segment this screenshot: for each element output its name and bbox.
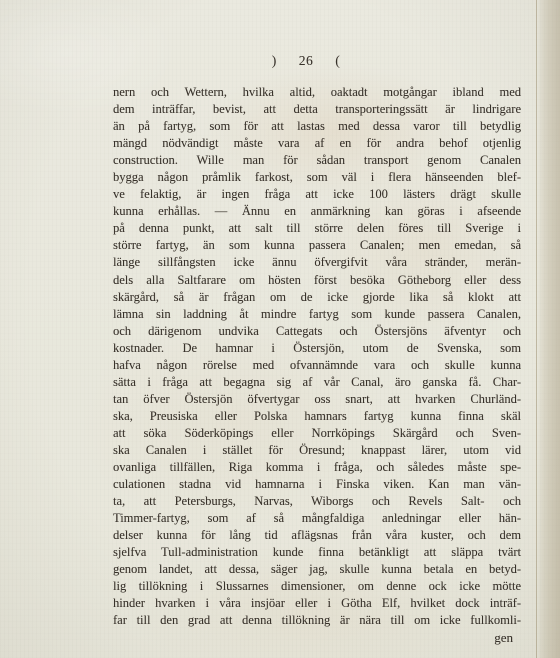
text-line: på denna punkt, att salt till större del… bbox=[113, 220, 521, 237]
text-line: nern och Wettern, hvilka altid, oaktadt … bbox=[113, 84, 521, 101]
text-line: lämna sin laddning åt mindre fartyg som … bbox=[113, 306, 521, 323]
text-line: Timmer-fartyg, som af så mångfaldiga anl… bbox=[113, 510, 521, 527]
text-line: construction. Wille man för sådan transp… bbox=[113, 152, 521, 169]
text-line: att söka Söderköpings eller Norrköpings … bbox=[113, 425, 521, 442]
text-line: mängd nödvändigt måste vara af en för an… bbox=[113, 135, 521, 152]
text-line: tan öfver Östersjön öfvertygar oss snart… bbox=[113, 391, 521, 408]
page-header: ) 26 ( bbox=[102, 52, 510, 70]
text-line: hafva någon rörelse med ofvannämnde vara… bbox=[113, 357, 521, 374]
text-line: delser kunna för lång tid aflägsnas från… bbox=[113, 527, 521, 544]
page-number: 26 bbox=[299, 52, 314, 70]
text-line: ska, Preusiska eller Polska hamnars fart… bbox=[113, 408, 521, 425]
book-page: ) 26 ( nern och Wettern, hvilka altid, o… bbox=[0, 0, 560, 658]
text-line: hinder hvarken i våra insjöar eller i Gö… bbox=[113, 595, 521, 612]
text-line: sätta i fråga att begagna sig af vår Can… bbox=[113, 374, 521, 391]
text-line: ovanliga tillfällen, Riga komma i fråga,… bbox=[113, 459, 521, 476]
text-line: ve felaktig, är ingen fråga att icke 100… bbox=[113, 186, 521, 203]
text-line: och därigenom undvika Cattegats och Öste… bbox=[113, 323, 521, 340]
catchword: gen bbox=[113, 629, 513, 646]
text-line: kunna erhållas. — Ännu en anmärkning kan… bbox=[113, 203, 521, 220]
text-line: far till den grad att denna tillökning ä… bbox=[113, 612, 521, 629]
text-line: större fartyg, än som kunna passera Cana… bbox=[113, 237, 521, 254]
text-line: dels alla Saltfarare om hösten först bes… bbox=[113, 272, 521, 289]
text-line: än på fartyg, som för att lastas med des… bbox=[113, 118, 521, 135]
text-line: dem inträffar, bevist, att detta transpo… bbox=[113, 101, 521, 118]
body-text: nern och Wettern, hvilka altid, oaktadt … bbox=[113, 84, 521, 630]
text-line: ta, att Petersburgs, Narvas, Wiborgs och… bbox=[113, 493, 521, 510]
text-line: sjelfva Tull-administration kunde finna … bbox=[113, 544, 521, 561]
text-line: genom landet, att dessa, säger jag, skul… bbox=[113, 561, 521, 578]
text-line: culationen stadna vid hamnarna i Finska … bbox=[113, 476, 521, 493]
header-bracket-right: ( bbox=[335, 52, 340, 70]
text-line: lig tillökning i Slussarnes dimensioner,… bbox=[113, 578, 521, 595]
text-line: ska Canalen i stället för Öresund; knapp… bbox=[113, 442, 521, 459]
text-line: skärgård, så är frågan om de icke gjorde… bbox=[113, 289, 521, 306]
text-line: bygga någon pråmlik farkost, som väl i f… bbox=[113, 169, 521, 186]
text-line: länge sillfångsten icke ännu öfvergifvit… bbox=[113, 254, 521, 271]
page-edge bbox=[536, 0, 560, 658]
header-bracket-left: ) bbox=[272, 52, 277, 70]
text-line: kostnader. De hamnar i Östersjön, utom d… bbox=[113, 340, 521, 357]
